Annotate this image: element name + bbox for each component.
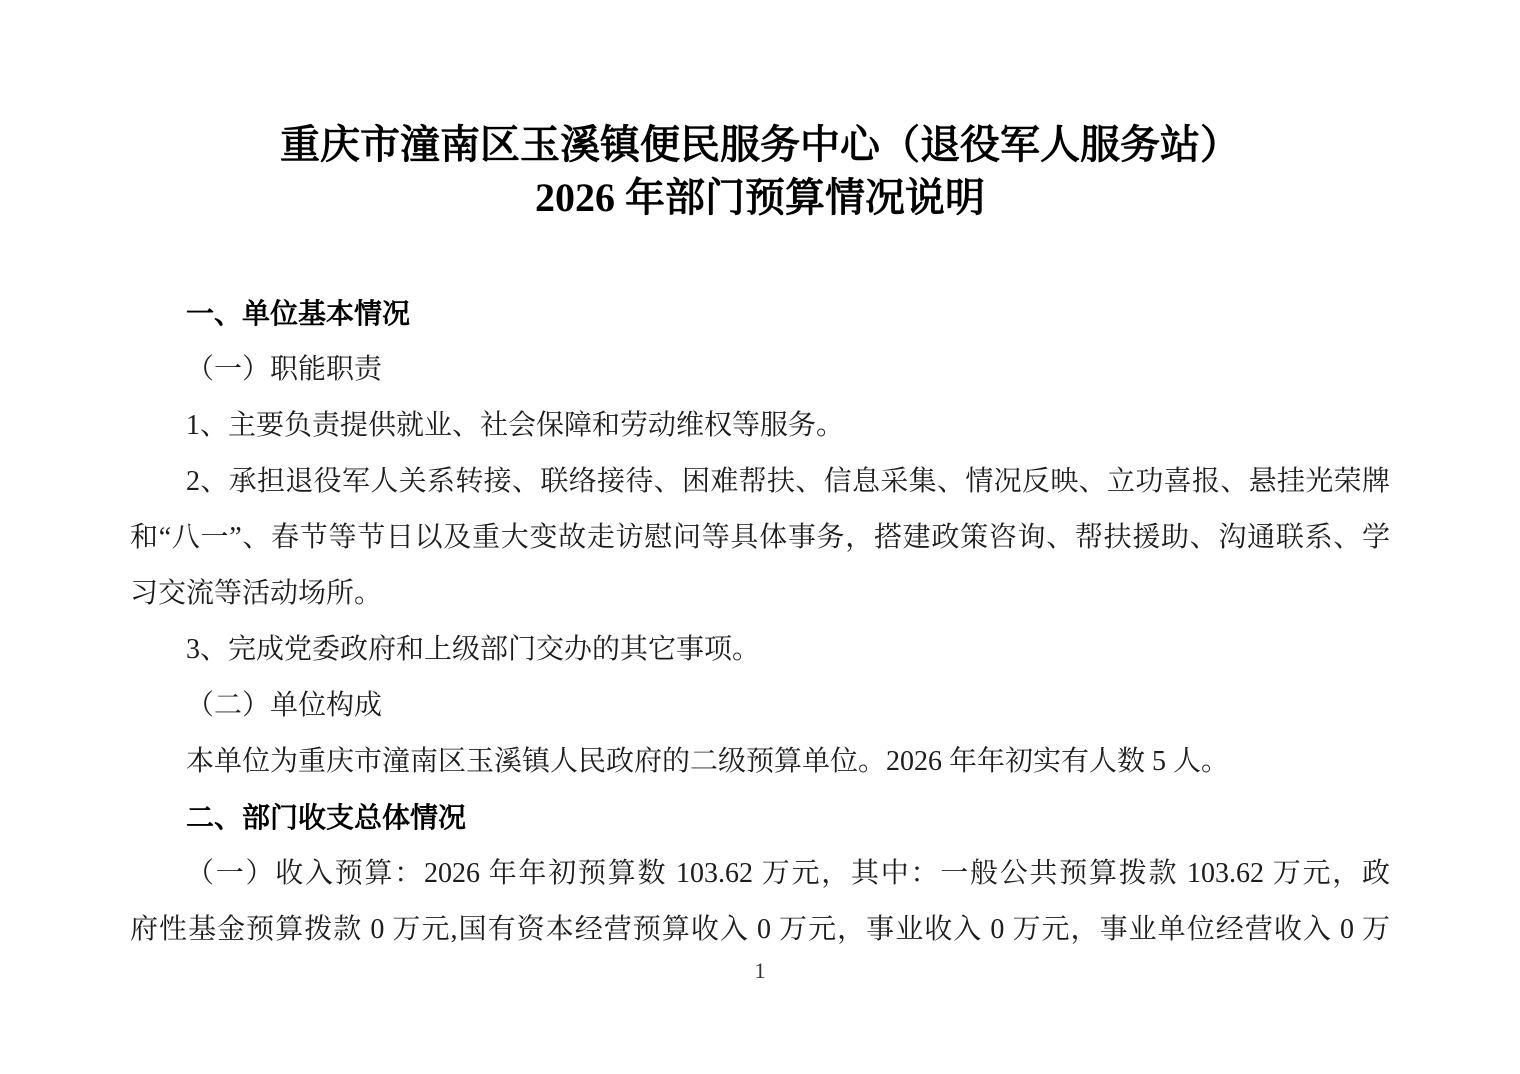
text-line: 1、主要负责提供就业、社会保障和劳动维权等服务。 (130, 398, 1390, 454)
paragraph-sub: （一）职能职责 (130, 342, 1390, 398)
text-line: 习交流等活动场所。 (130, 566, 1390, 622)
page-number: 1 (0, 956, 1520, 986)
paragraph-body: 2、承担退役军人关系转接、联络接待、困难帮扶、信息采集、情况反映、立功喜报、悬挂… (130, 454, 1390, 622)
paragraph-body: 1、主要负责提供就业、社会保障和劳动维权等服务。 (130, 398, 1390, 454)
text-line: 二、部门收支总体情况 (130, 790, 1390, 846)
text-line: （一）收入预算：2026 年年初预算数 103.62 万元，其中：一般公共预算拨… (130, 846, 1390, 902)
text-line: （二）单位构成 (130, 678, 1390, 734)
document-page: 重庆市潼南区玉溪镇便民服务中心（退役军人服务站） 2026 年部门预算情况说明 … (0, 0, 1520, 1074)
paragraph-sub: （二）单位构成 (130, 678, 1390, 734)
text-line: （一）职能职责 (130, 342, 1390, 398)
text-line: 和“八一”、春节等节日以及重大变故走访慰问等具体事务，搭建政策咨询、帮扶援助、沟… (130, 510, 1390, 566)
text-line: 3、完成党委政府和上级部门交办的其它事项。 (130, 622, 1390, 678)
paragraph-heading: 一、单位基本情况 (130, 286, 1390, 342)
document-title-line-2: 2026 年部门预算情况说明 (0, 171, 1520, 224)
text-line: 一、单位基本情况 (130, 286, 1390, 342)
document-title: 重庆市潼南区玉溪镇便民服务中心（退役军人服务站） 2026 年部门预算情况说明 (0, 0, 1520, 224)
paragraph-body: 3、完成党委政府和上级部门交办的其它事项。 (130, 622, 1390, 678)
paragraph-body: 本单位为重庆市潼南区玉溪镇人民政府的二级预算单位。2026 年年初实有人数 5 … (130, 734, 1390, 790)
text-line: 府性基金预算拨款 0 万元,国有资本经营预算收入 0 万元，事业收入 0 万元，… (130, 902, 1390, 958)
document-body: 一、单位基本情况（一）职能职责1、主要负责提供就业、社会保障和劳动维权等服务。2… (130, 286, 1390, 958)
text-line: 2、承担退役军人关系转接、联络接待、困难帮扶、信息采集、情况反映、立功喜报、悬挂… (130, 454, 1390, 510)
document-title-line-1: 重庆市潼南区玉溪镇便民服务中心（退役军人服务站） (0, 118, 1520, 171)
paragraph-body: （一）收入预算：2026 年年初预算数 103.62 万元，其中：一般公共预算拨… (130, 846, 1390, 958)
paragraph-heading: 二、部门收支总体情况 (130, 790, 1390, 846)
text-line: 本单位为重庆市潼南区玉溪镇人民政府的二级预算单位。2026 年年初实有人数 5 … (130, 734, 1390, 790)
